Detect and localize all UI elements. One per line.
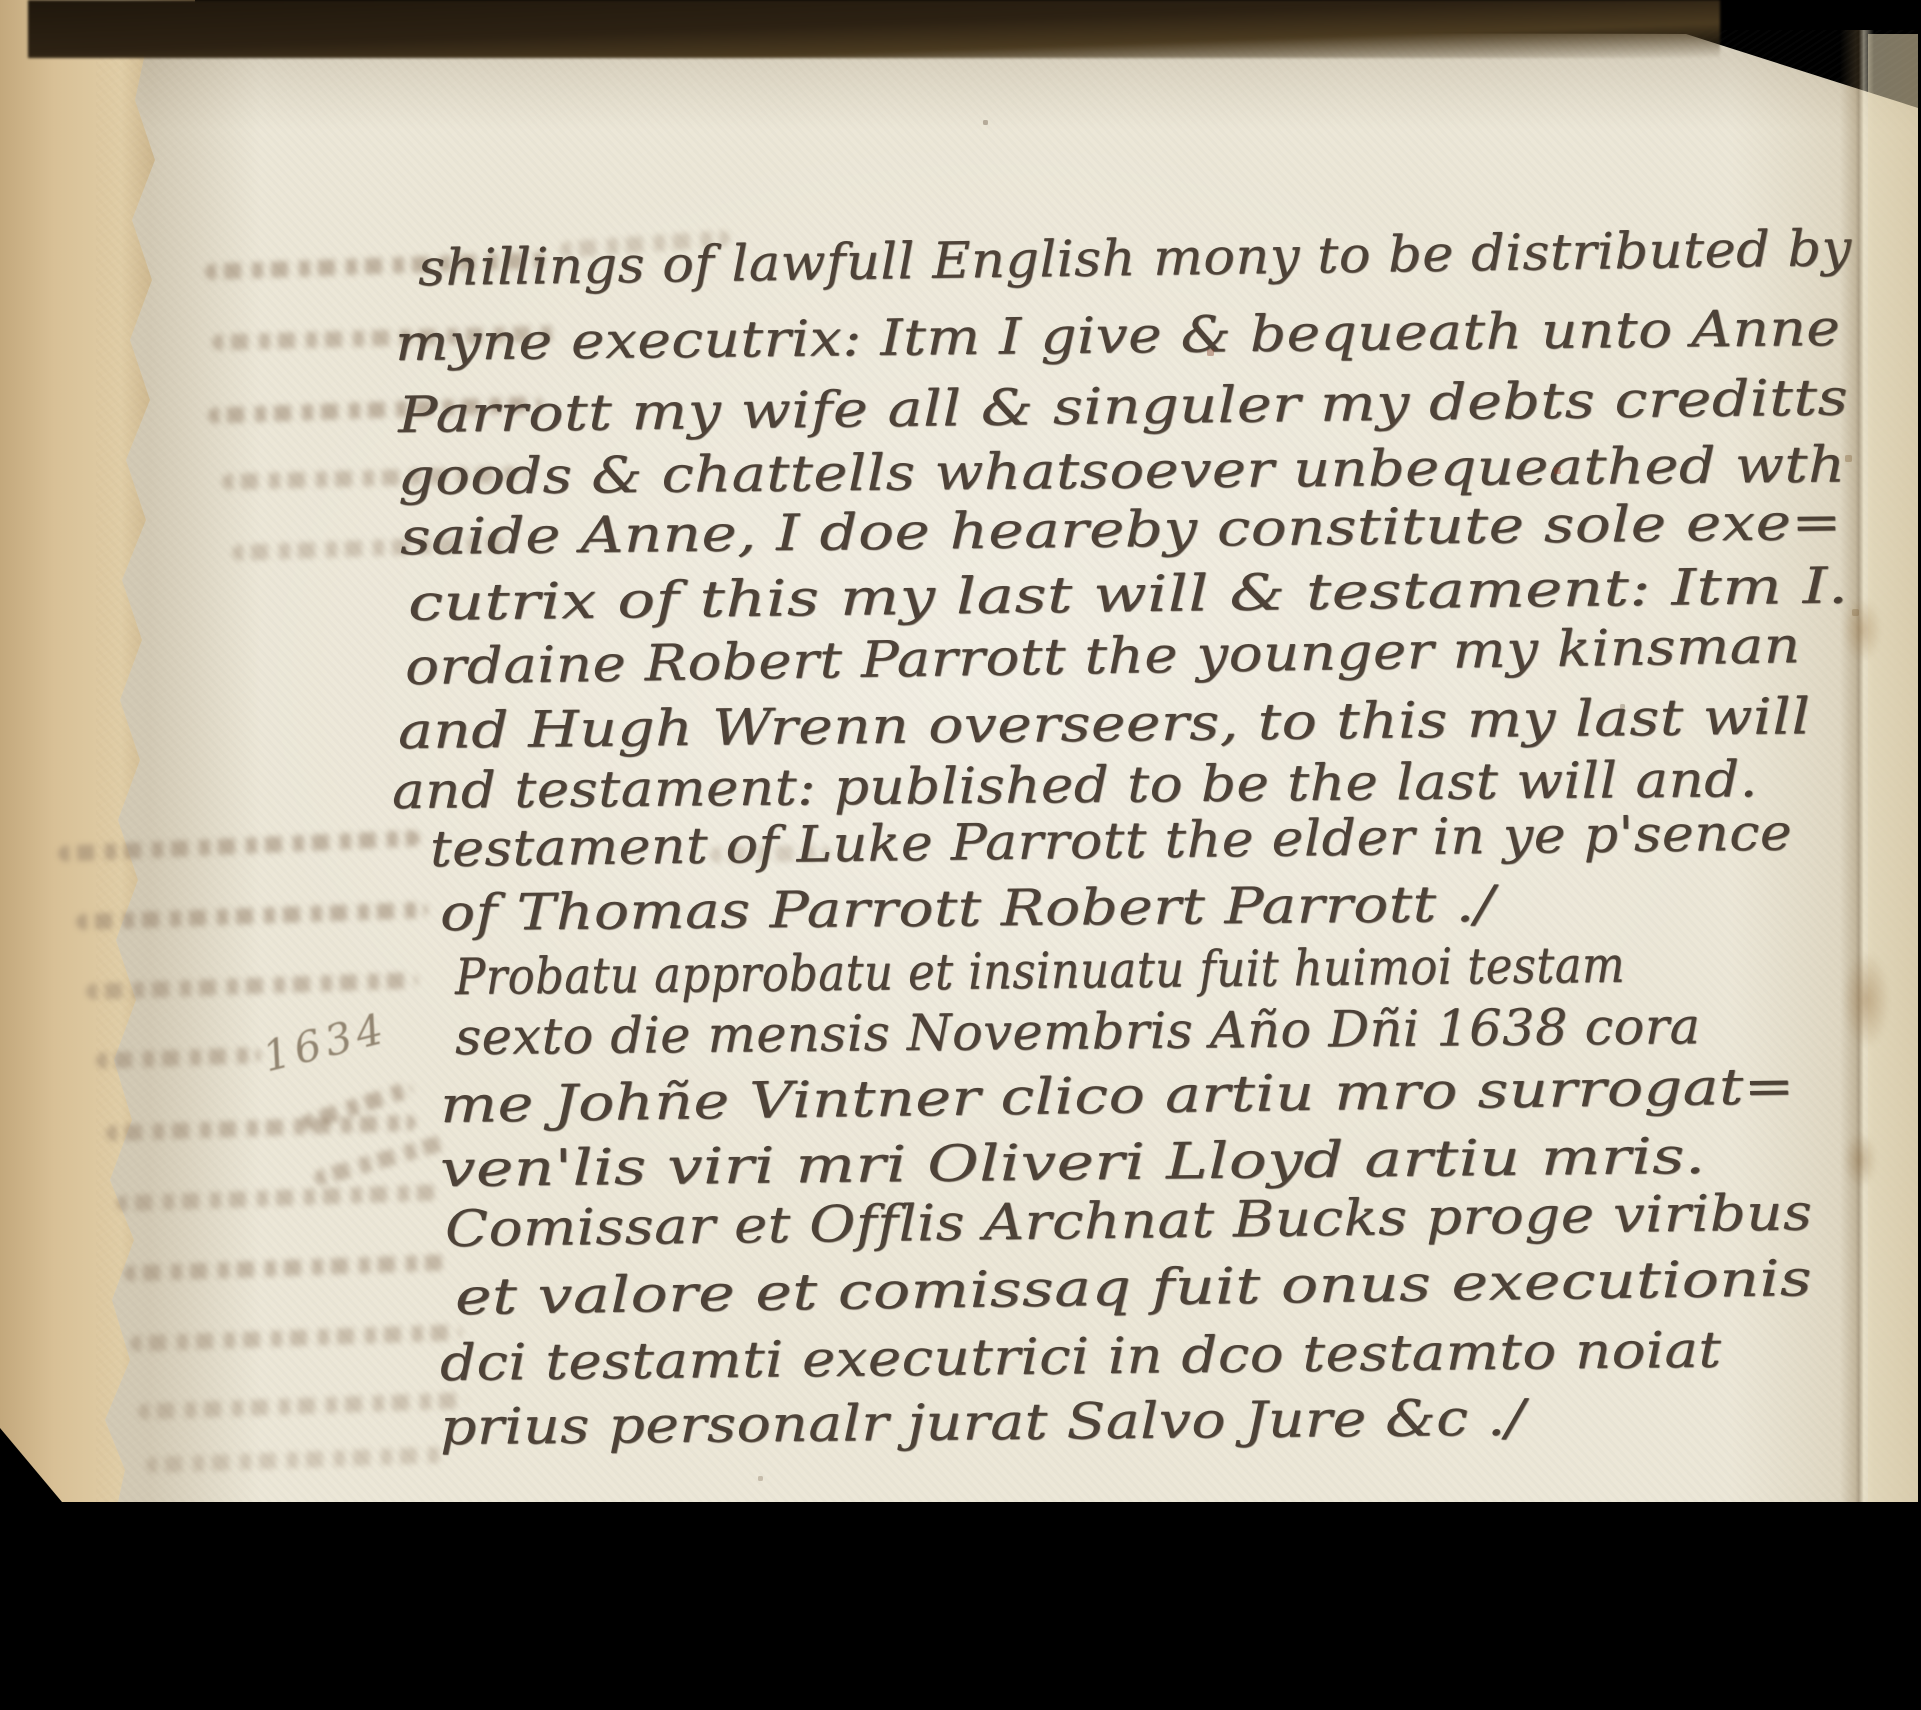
binding-shadow xyxy=(28,0,1720,58)
manuscript-line: prius personalr jurat Salvo Jure &c ./ xyxy=(440,1393,1526,1452)
manuscript-line: myne executrix: Itm I give & bequeath un… xyxy=(395,303,1841,368)
manuscript-line: goods & chattells whatsoever unbequeathe… xyxy=(398,439,1846,502)
stain-marks xyxy=(1820,300,1910,1350)
foxing-specks xyxy=(0,0,1,1)
manuscript-line: and Hugh Wrenn overseers, to this my las… xyxy=(398,691,1811,756)
manuscript-line: saide Anne, I doe heareby constitute sol… xyxy=(400,497,1842,562)
manuscript-line: of Thomas Parrott Robert Parrott ./ xyxy=(440,879,1495,938)
manuscript-line: dci testamti executrici in dco testamto … xyxy=(440,1325,1722,1388)
manuscript-line: Probatu approbatu et insinuatu fuit huim… xyxy=(455,940,1625,1002)
photo-of-manuscript: shillings of lawfull English mony to be … xyxy=(0,0,1921,1710)
manuscript-line: sexto die mensis Novembris Año Dñi 1638 … xyxy=(455,1001,1701,1062)
manuscript-line: ven'lis viri mri Oliveri Lloyd artiu mri… xyxy=(440,1131,1706,1194)
